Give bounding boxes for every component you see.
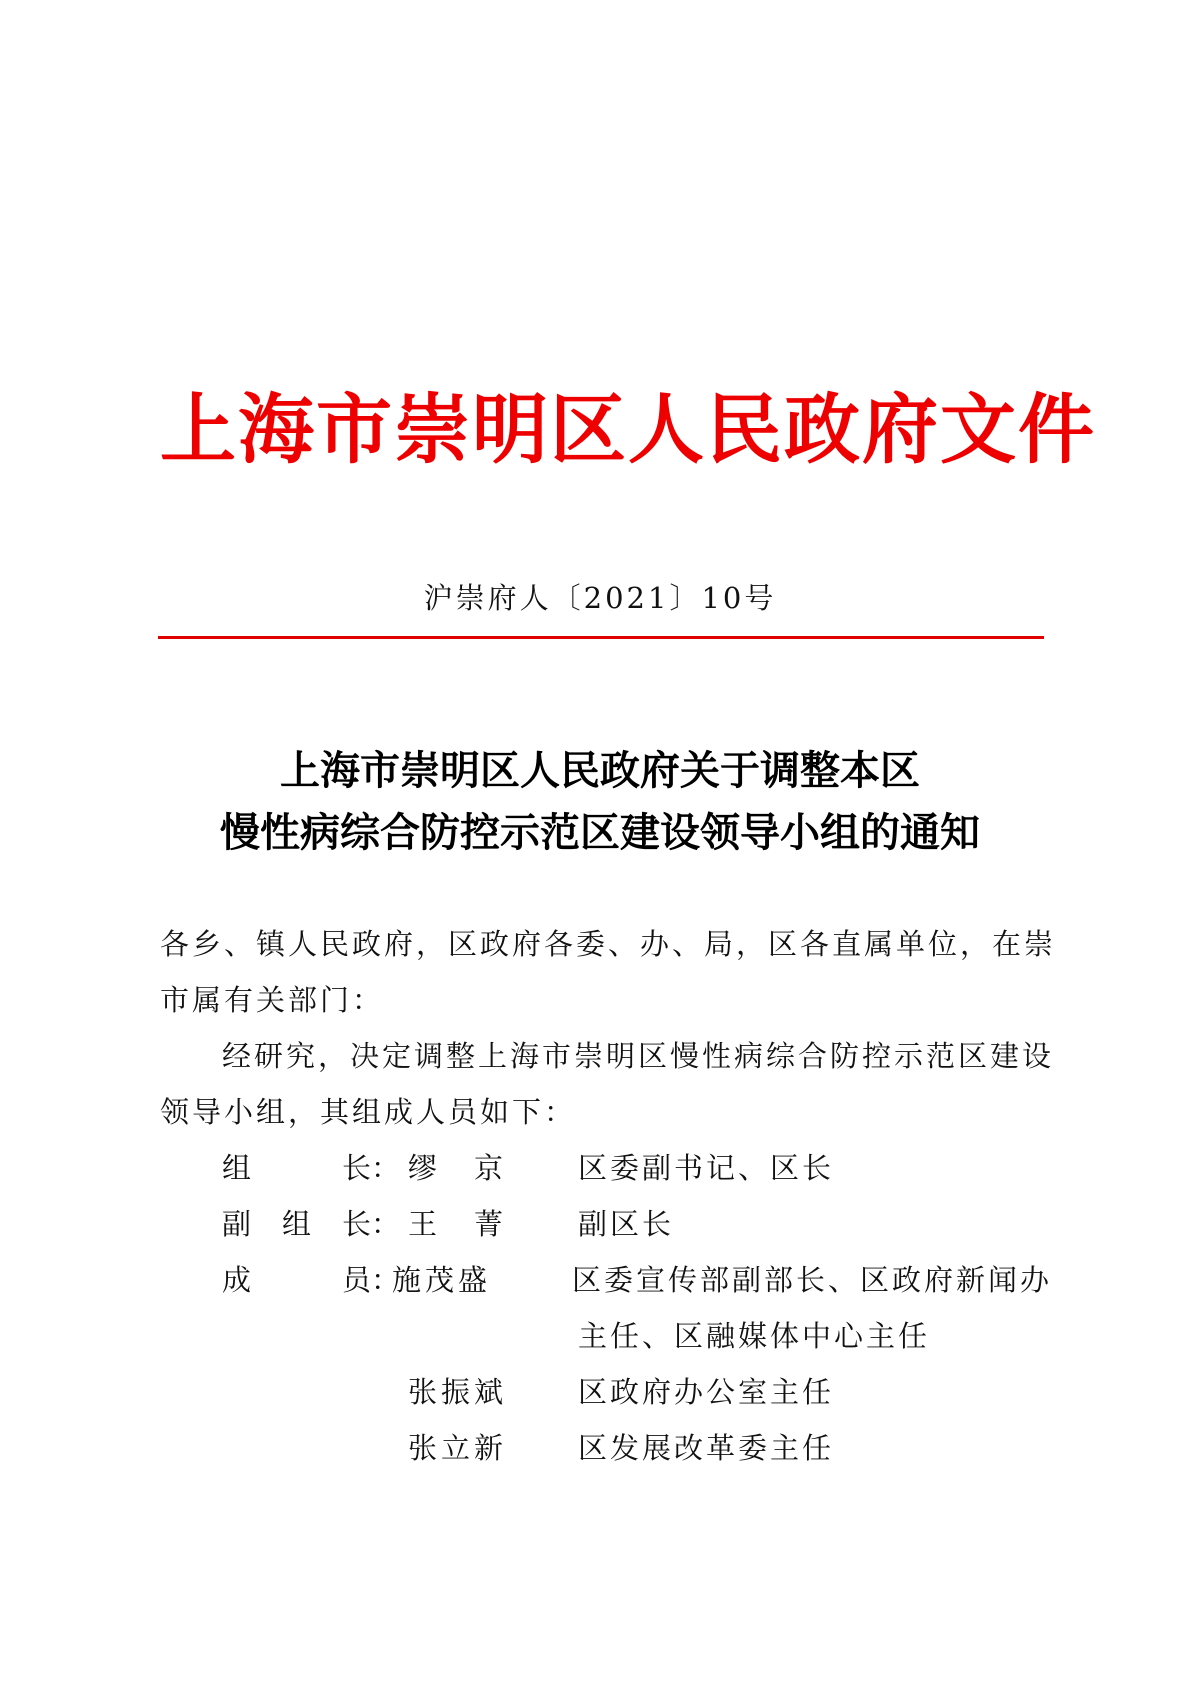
- notice-title: 上海市崇明区人民政府关于调整本区 慢性病综合防控示范区建设领导小组的通知: [160, 740, 1040, 864]
- notice-title-line-2: 慢性病综合防控示范区建设领导小组的通知: [160, 802, 1040, 864]
- role-char: 长：: [342, 1196, 400, 1252]
- member-list: 组 长： 缪 京 区委副书记、区长 副 组 长： 王 菁 副区长 成 员： 施茂…: [160, 1140, 1040, 1476]
- role-char: 长：: [342, 1140, 400, 1196]
- member-position: 区委宣传部副部长、区政府新闻办: [572, 1252, 1052, 1308]
- notice-title-line-1: 上海市崇明区人民政府关于调整本区: [160, 740, 1040, 802]
- paragraph-1-line-1: 经研究，决定调整上海市崇明区慢性病综合防控示范区建设: [160, 1028, 1040, 1084]
- addressee-line-1: 各乡、镇人民政府，区政府各委、办、局，区各直属单位，在崇: [160, 916, 1040, 972]
- role-char: 成: [222, 1252, 251, 1308]
- member-position: 区政府办公室主任: [578, 1364, 834, 1420]
- red-divider-line: [158, 636, 1044, 639]
- member-name: 王 菁: [408, 1196, 507, 1252]
- member-row-member: 张立新 区发展改革委主任: [160, 1420, 1040, 1476]
- member-position: 区发展改革委主任: [578, 1420, 834, 1476]
- document-masthead: 上海市崇明区人民政府文件: [160, 385, 1040, 475]
- member-row-member: 张振斌 区政府办公室主任: [160, 1364, 1040, 1420]
- addressee-line-2: 市属有关部门：: [160, 972, 1040, 1028]
- member-row-member-continued: 主任、区融媒体中心主任: [160, 1308, 1040, 1364]
- member-row-member: 成 员： 施茂盛 区委宣传部副部长、区政府新闻办: [160, 1252, 1040, 1308]
- member-name: 缪 京: [408, 1140, 507, 1196]
- member-name: 张立新: [408, 1420, 507, 1476]
- document-number: 沪崇府人〔2021〕10号: [160, 578, 1040, 618]
- member-position-continued: 主任、区融媒体中心主任: [578, 1308, 930, 1364]
- role-char: 组: [222, 1140, 251, 1196]
- member-row-deputy-leader: 副 组 长： 王 菁 副区长: [160, 1196, 1040, 1252]
- member-row-leader: 组 长： 缪 京 区委副书记、区长: [160, 1140, 1040, 1196]
- member-name: 张振斌: [408, 1364, 507, 1420]
- notice-body: 各乡、镇人民政府，区政府各委、办、局，区各直属单位，在崇 市属有关部门： 经研究…: [160, 916, 1040, 1140]
- paragraph-1-line-2: 领导小组，其组成人员如下：: [160, 1084, 1040, 1140]
- member-position: 区委副书记、区长: [578, 1140, 834, 1196]
- role-char: 组: [282, 1196, 311, 1252]
- role-char: 副: [222, 1196, 251, 1252]
- member-position: 副区长: [578, 1196, 674, 1252]
- member-name: 施茂盛: [392, 1252, 491, 1308]
